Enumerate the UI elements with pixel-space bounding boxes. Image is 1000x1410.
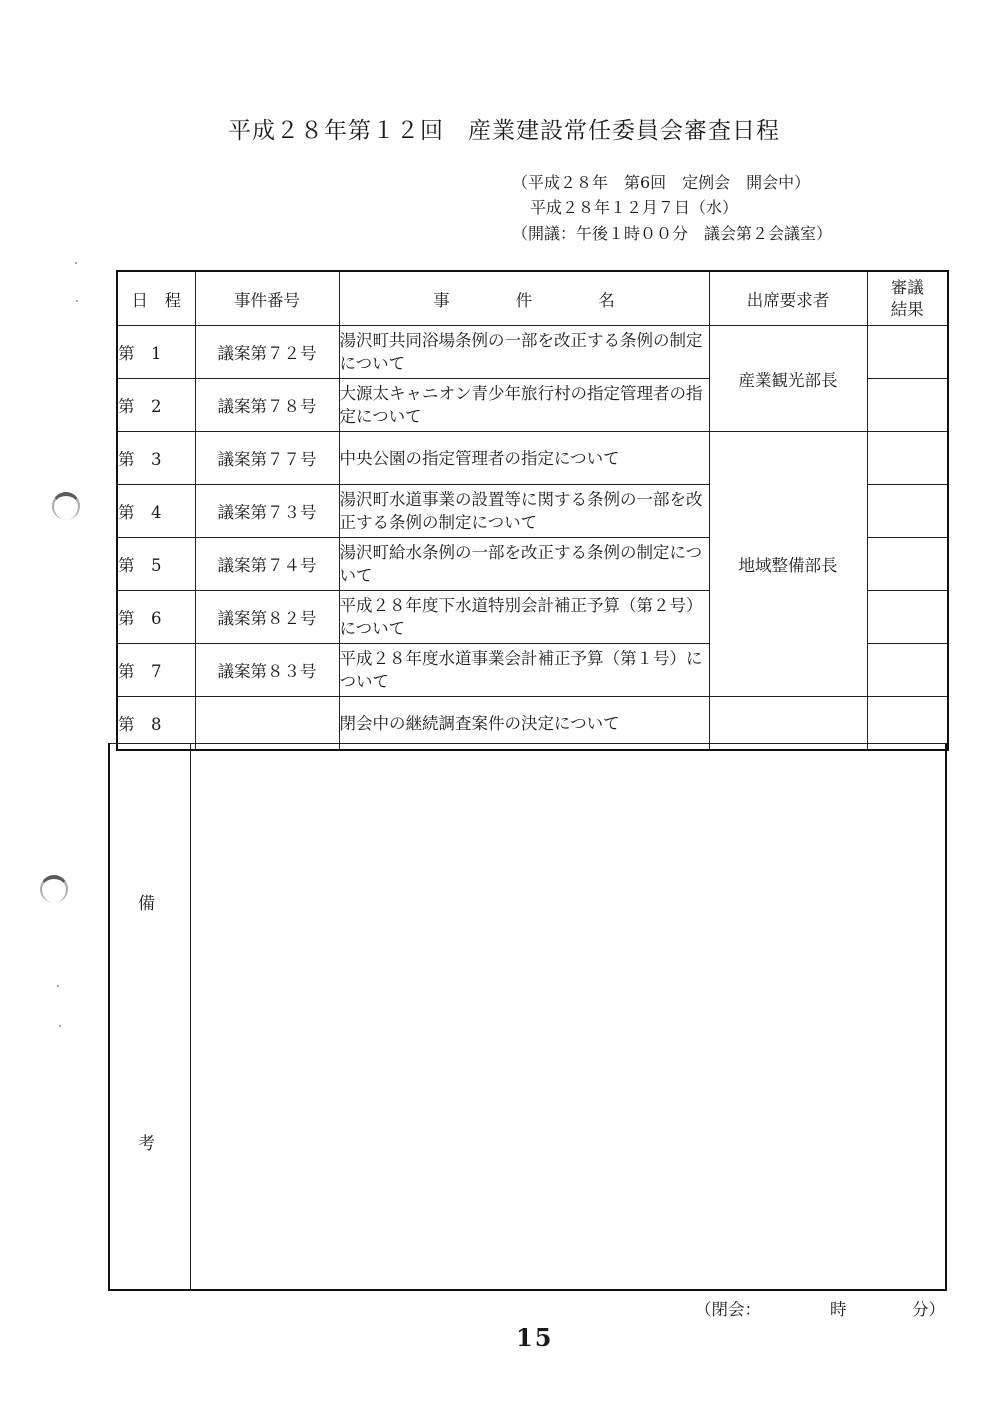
row-day: 第 5 [117,538,195,591]
header-day: 日 程 [117,271,195,326]
row-result [867,485,948,538]
row-day: 第 7 [117,644,195,697]
row-case-name: 湯沢町共同浴場条例の一部を改正する条例の制定について [339,326,709,379]
header-result: 審議結果 [867,271,948,326]
scan-speck [59,1025,61,1027]
scan-speck [57,985,59,987]
row-result [867,379,948,432]
row-result [867,326,948,379]
row-day: 第 3 [117,432,195,485]
schedule-table: 日 程 事件番号 事 件 名 出席要求者 審議結果 第 1 議案第７２号 湯沢町… [116,270,949,751]
row-attendee [709,697,867,751]
row-case-name: 平成２８年度水道事業会計補正予算（第１号）について [339,644,709,697]
row-result [867,697,948,751]
row-day: 第 8 [117,697,195,751]
row-case-number: 議案第７３号 [195,485,339,538]
row-case-number: 議案第７７号 [195,432,339,485]
header-case-number: 事件番号 [195,271,339,326]
opening-info: （開議：午後１時００分 議会第２会議室） [512,221,832,244]
row-case-name: 大源太キャニオン青少年旅行村の指定管理者の指定について [339,379,709,432]
table-row: 第 3 議案第７７号 中央公園の指定管理者の指定について 地域整備部長 [117,432,948,485]
page-number: 15 [516,1323,553,1352]
session-info: （平成２８年 第6回 定例会 開会中） [512,170,810,193]
row-day: 第 1 [117,326,195,379]
punch-hole-mark [40,875,68,903]
closing-prefix: （閉会： [695,1296,761,1320]
row-case-name: 湯沢町給水条例の一部を改正する条例の制定について [339,538,709,591]
document-title: 平成２８年第１２回 産業建設常任委員会審査日程 [228,112,780,145]
row-day: 第 4 [117,485,195,538]
closing-minute-label: 分） [912,1296,945,1320]
scan-speck [76,300,78,302]
row-case-number: 議案第７２号 [195,326,339,379]
closing-hour-label: 時 [830,1296,847,1320]
scan-speck [75,262,77,264]
header-case-name: 事 件 名 [339,271,709,326]
row-case-name: 湯沢町水道事業の設置等に関する条例の一部を改正する条例の制定について [339,485,709,538]
row-case-number: 議案第７４号 [195,538,339,591]
row-day: 第 6 [117,591,195,644]
meeting-date: 平成２８年１２月７日（水） [530,195,738,218]
table-header-row: 日 程 事件番号 事 件 名 出席要求者 審議結果 [117,271,948,326]
header-attendee: 出席要求者 [709,271,867,326]
row-day: 第 2 [117,379,195,432]
row-case-name: 閉会中の継続調査案件の決定について [339,697,709,751]
row-result [867,432,948,485]
row-case-number: 議案第８２号 [195,591,339,644]
punch-hole-mark [52,492,80,520]
remarks-section: 備 考 [108,743,947,1291]
row-case-name: 中央公園の指定管理者の指定について [339,432,709,485]
row-attendee: 地域整備部長 [709,432,867,697]
row-result [867,591,948,644]
remarks-label-top: 備 [138,889,155,914]
row-result [867,538,948,591]
row-attendee: 産業観光部長 [709,326,867,432]
table-row: 第 8 閉会中の継続調査案件の決定について [117,697,948,751]
row-result [867,644,948,697]
row-case-number: 議案第７８号 [195,379,339,432]
remarks-label-bottom: 考 [138,1129,155,1154]
row-case-number: 議案第８３号 [195,644,339,697]
table-row: 第 1 議案第７２号 湯沢町共同浴場条例の一部を改正する条例の制定について 産業… [117,326,948,379]
remarks-divider [190,744,191,1289]
row-case-number [195,697,339,751]
row-case-name: 平成２８年度下水道特別会計補正予算（第２号）について [339,591,709,644]
